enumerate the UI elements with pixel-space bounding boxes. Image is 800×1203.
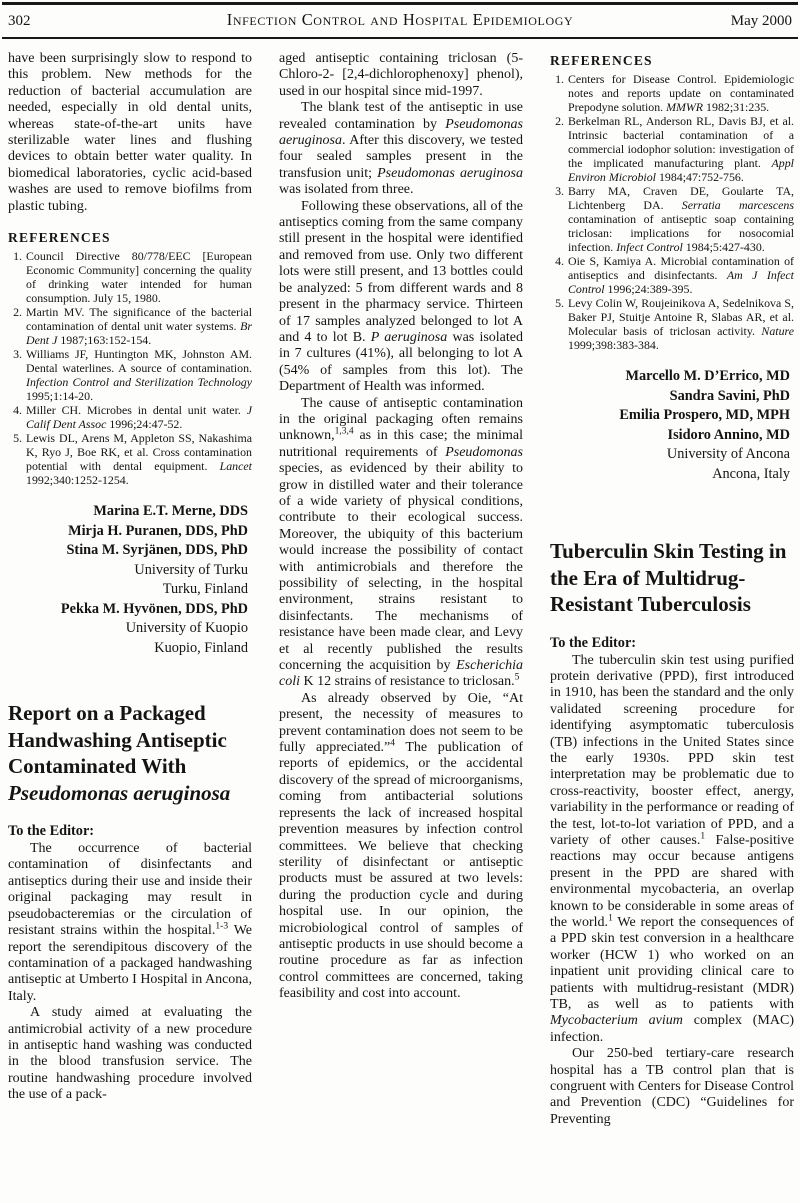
author-affiliation: University of Kuopio	[8, 619, 248, 639]
text-run: 1995;1:14-20.	[26, 389, 93, 403]
text-run: species, as evidenced by their ability t…	[279, 461, 523, 673]
text-run: 1992;340:1252-1254.	[26, 473, 129, 487]
reference-list: Centers for Disease Control. Epidemiolog…	[550, 72, 794, 352]
text-run: Lewis DL, Arens M, Appleton SS, Nakashim…	[26, 431, 252, 473]
to-the-editor-label: To the Editor:	[550, 635, 794, 652]
italic-text: Pseudomonas	[445, 445, 523, 460]
article-title: Tuberculin Skin Testing in the Era of Mu…	[550, 538, 794, 618]
italic-text: Infect Control	[616, 240, 683, 254]
text-run: 1984;47:752-756.	[656, 170, 744, 184]
text-run: Williams JF, Huntington MK, Johnston AM.…	[26, 347, 252, 375]
text-run: have been surprisingly slow to respond t…	[8, 51, 252, 214]
reference-item: Martin MV. The significance of the bacte…	[25, 305, 252, 347]
superscript-citation: 1-3	[215, 921, 228, 931]
italic-text: Infection Control and Sterilization Tech…	[26, 375, 252, 389]
text-run: Miller CH. Microbes in dental unit water…	[26, 403, 247, 417]
italic-text: Serratia marcescens	[682, 198, 794, 212]
paragraph-continuation: have been surprisingly slow to respond t…	[8, 51, 252, 215]
author-block: Marina E.T. Merne, DDSMirja H. Puranen, …	[8, 502, 252, 658]
author-affiliation: University of Turku	[8, 561, 248, 581]
journal-title: Infection Control and Hospital Epidemiol…	[98, 10, 702, 30]
text-run: Berkelman RL, Anderson RL, Davis BJ, et …	[568, 114, 794, 170]
text-run: Council Directive 80/778/EEC [European E…	[26, 249, 252, 305]
reference-item: Berkelman RL, Anderson RL, Davis BJ, et …	[567, 114, 794, 184]
text-run: Report on a Packaged Handwashing Antisep…	[8, 701, 227, 778]
text-run: 1987;163:152-154.	[57, 333, 151, 347]
issue-date: May 2000	[702, 13, 792, 30]
article-title: Report on a Packaged Handwashing Antisep…	[8, 700, 252, 806]
column-2: aged antiseptic containing triclosan (5-…	[279, 51, 523, 1128]
reference-item: Levy Colin W, Roujeinikova A, Sedelnikov…	[567, 296, 794, 352]
italic-text: MMWR	[666, 100, 703, 114]
reference-item: Williams JF, Huntington MK, Johnston AM.…	[25, 347, 252, 403]
author-name: Marina E.T. Merne, DDS	[8, 502, 248, 522]
paragraph: The cause of antiseptic contamination in…	[279, 396, 523, 691]
paragraph: The occurrence of bacterial contaminatio…	[8, 841, 252, 1005]
article-body: aged antiseptic containing triclosan (5-…	[279, 51, 523, 1003]
paragraph: Our 250-bed tertiary-care research hospi…	[550, 1046, 794, 1128]
text-run: aged antiseptic containing triclosan (5-…	[279, 51, 523, 99]
reference-item: Centers for Disease Control. Epidemiolog…	[567, 72, 794, 114]
author-block: Marcello M. D’Errico, MDSandra Savini, P…	[550, 367, 794, 484]
paragraph: As already observed by Oie, “At present,…	[279, 691, 523, 1003]
paragraph: The blank test of the antiseptic in use …	[279, 100, 523, 198]
text-run: A study aimed at evaluating the antimicr…	[8, 1005, 252, 1102]
column-1: have been surprisingly slow to respond t…	[8, 51, 252, 1128]
text-run: K 12 strains of resistance to triclosan.	[300, 674, 515, 689]
reference-item: Oie S, Kamiya A. Microbial contamination…	[567, 254, 794, 296]
reference-item: Barry MA, Craven DE, Goularte TA, Lichte…	[567, 184, 794, 254]
paragraph: A study aimed at evaluating the antimicr…	[8, 1005, 252, 1103]
reference-item: Lewis DL, Arens M, Appleton SS, Nakashim…	[25, 431, 252, 487]
text-run: The tuberculin skin test using purified …	[550, 653, 794, 848]
author-name: Marcello M. D’Errico, MD	[550, 367, 790, 387]
superscript-citation: 5	[515, 673, 520, 683]
author-affiliation: Ancona, Italy	[550, 465, 790, 485]
italic-text: Mycobacterium avium	[550, 1013, 683, 1028]
text-run: 1982;31:235.	[703, 100, 769, 114]
page-number: 302	[8, 13, 98, 30]
italic-text: Pseudomonas aeruginosa	[377, 166, 523, 181]
author-affiliation: Kuopio, Finland	[8, 639, 248, 659]
reference-item: Miller CH. Microbes in dental unit water…	[25, 403, 252, 431]
references-heading: REFERENCES	[550, 53, 794, 69]
text-run: was isolated from three.	[279, 182, 414, 197]
text-run: Tuberculin Skin Testing in the Era of Mu…	[550, 539, 786, 616]
text-run: 1999;398:383-384.	[568, 338, 659, 352]
journal-page-scan: 302 Infection Control and Hospital Epide…	[0, 0, 800, 1203]
author-name: Emilia Prospero, MD, MPH	[550, 406, 790, 426]
article-body: The tuberculin skin test using purified …	[550, 653, 794, 1129]
page-body: have been surprisingly slow to respond t…	[0, 39, 800, 1128]
author-affiliation: University of Ancona	[550, 445, 790, 465]
italic-text: Pseudomonas aeruginosa	[8, 781, 230, 805]
author-name: Stina M. Syrjänen, DDS, PhD	[8, 541, 248, 561]
paragraph: aged antiseptic containing triclosan (5-…	[279, 51, 523, 100]
italic-text: Nature	[761, 324, 794, 338]
text-run: Following these observations, all of the…	[279, 199, 523, 345]
column-3: REFERENCES Centers for Disease Control. …	[550, 51, 794, 1128]
references-heading: REFERENCES	[8, 230, 252, 246]
author-affiliation: Turku, Finland	[8, 580, 248, 600]
italic-text: P aeruginosa	[371, 330, 448, 345]
to-the-editor-label: To the Editor:	[8, 823, 252, 840]
paragraph: Following these observations, all of the…	[279, 199, 523, 396]
text-run: 1984;5:427-430.	[683, 240, 765, 254]
article-body: The occurrence of bacterial contaminatio…	[8, 841, 252, 1104]
author-name: Pekka M. Hyvönen, DDS, PhD	[8, 600, 248, 620]
reference-list: Council Directive 80/778/EEC [European E…	[8, 249, 252, 487]
author-name: Mirja H. Puranen, DDS, PhD	[8, 522, 248, 542]
author-name: Sandra Savini, PhD	[550, 387, 790, 407]
text-run: 1996;24:389-395.	[605, 282, 693, 296]
page-header: 302 Infection Control and Hospital Epide…	[2, 2, 798, 39]
superscript-citation: 1,3,4	[335, 427, 354, 437]
text-run: The publication of reports of epidemics,…	[279, 740, 523, 1001]
text-run: 1996;24:47-52.	[106, 417, 182, 431]
text-run: Martin MV. The significance of the bacte…	[26, 305, 252, 333]
italic-text: Lancet	[220, 459, 252, 473]
paragraph: The tuberculin skin test using purified …	[550, 653, 794, 1047]
author-name: Isidoro Annino, MD	[550, 426, 790, 446]
text-run: Our 250-bed tertiary-care research hospi…	[550, 1046, 794, 1127]
reference-item: Council Directive 80/778/EEC [European E…	[25, 249, 252, 305]
